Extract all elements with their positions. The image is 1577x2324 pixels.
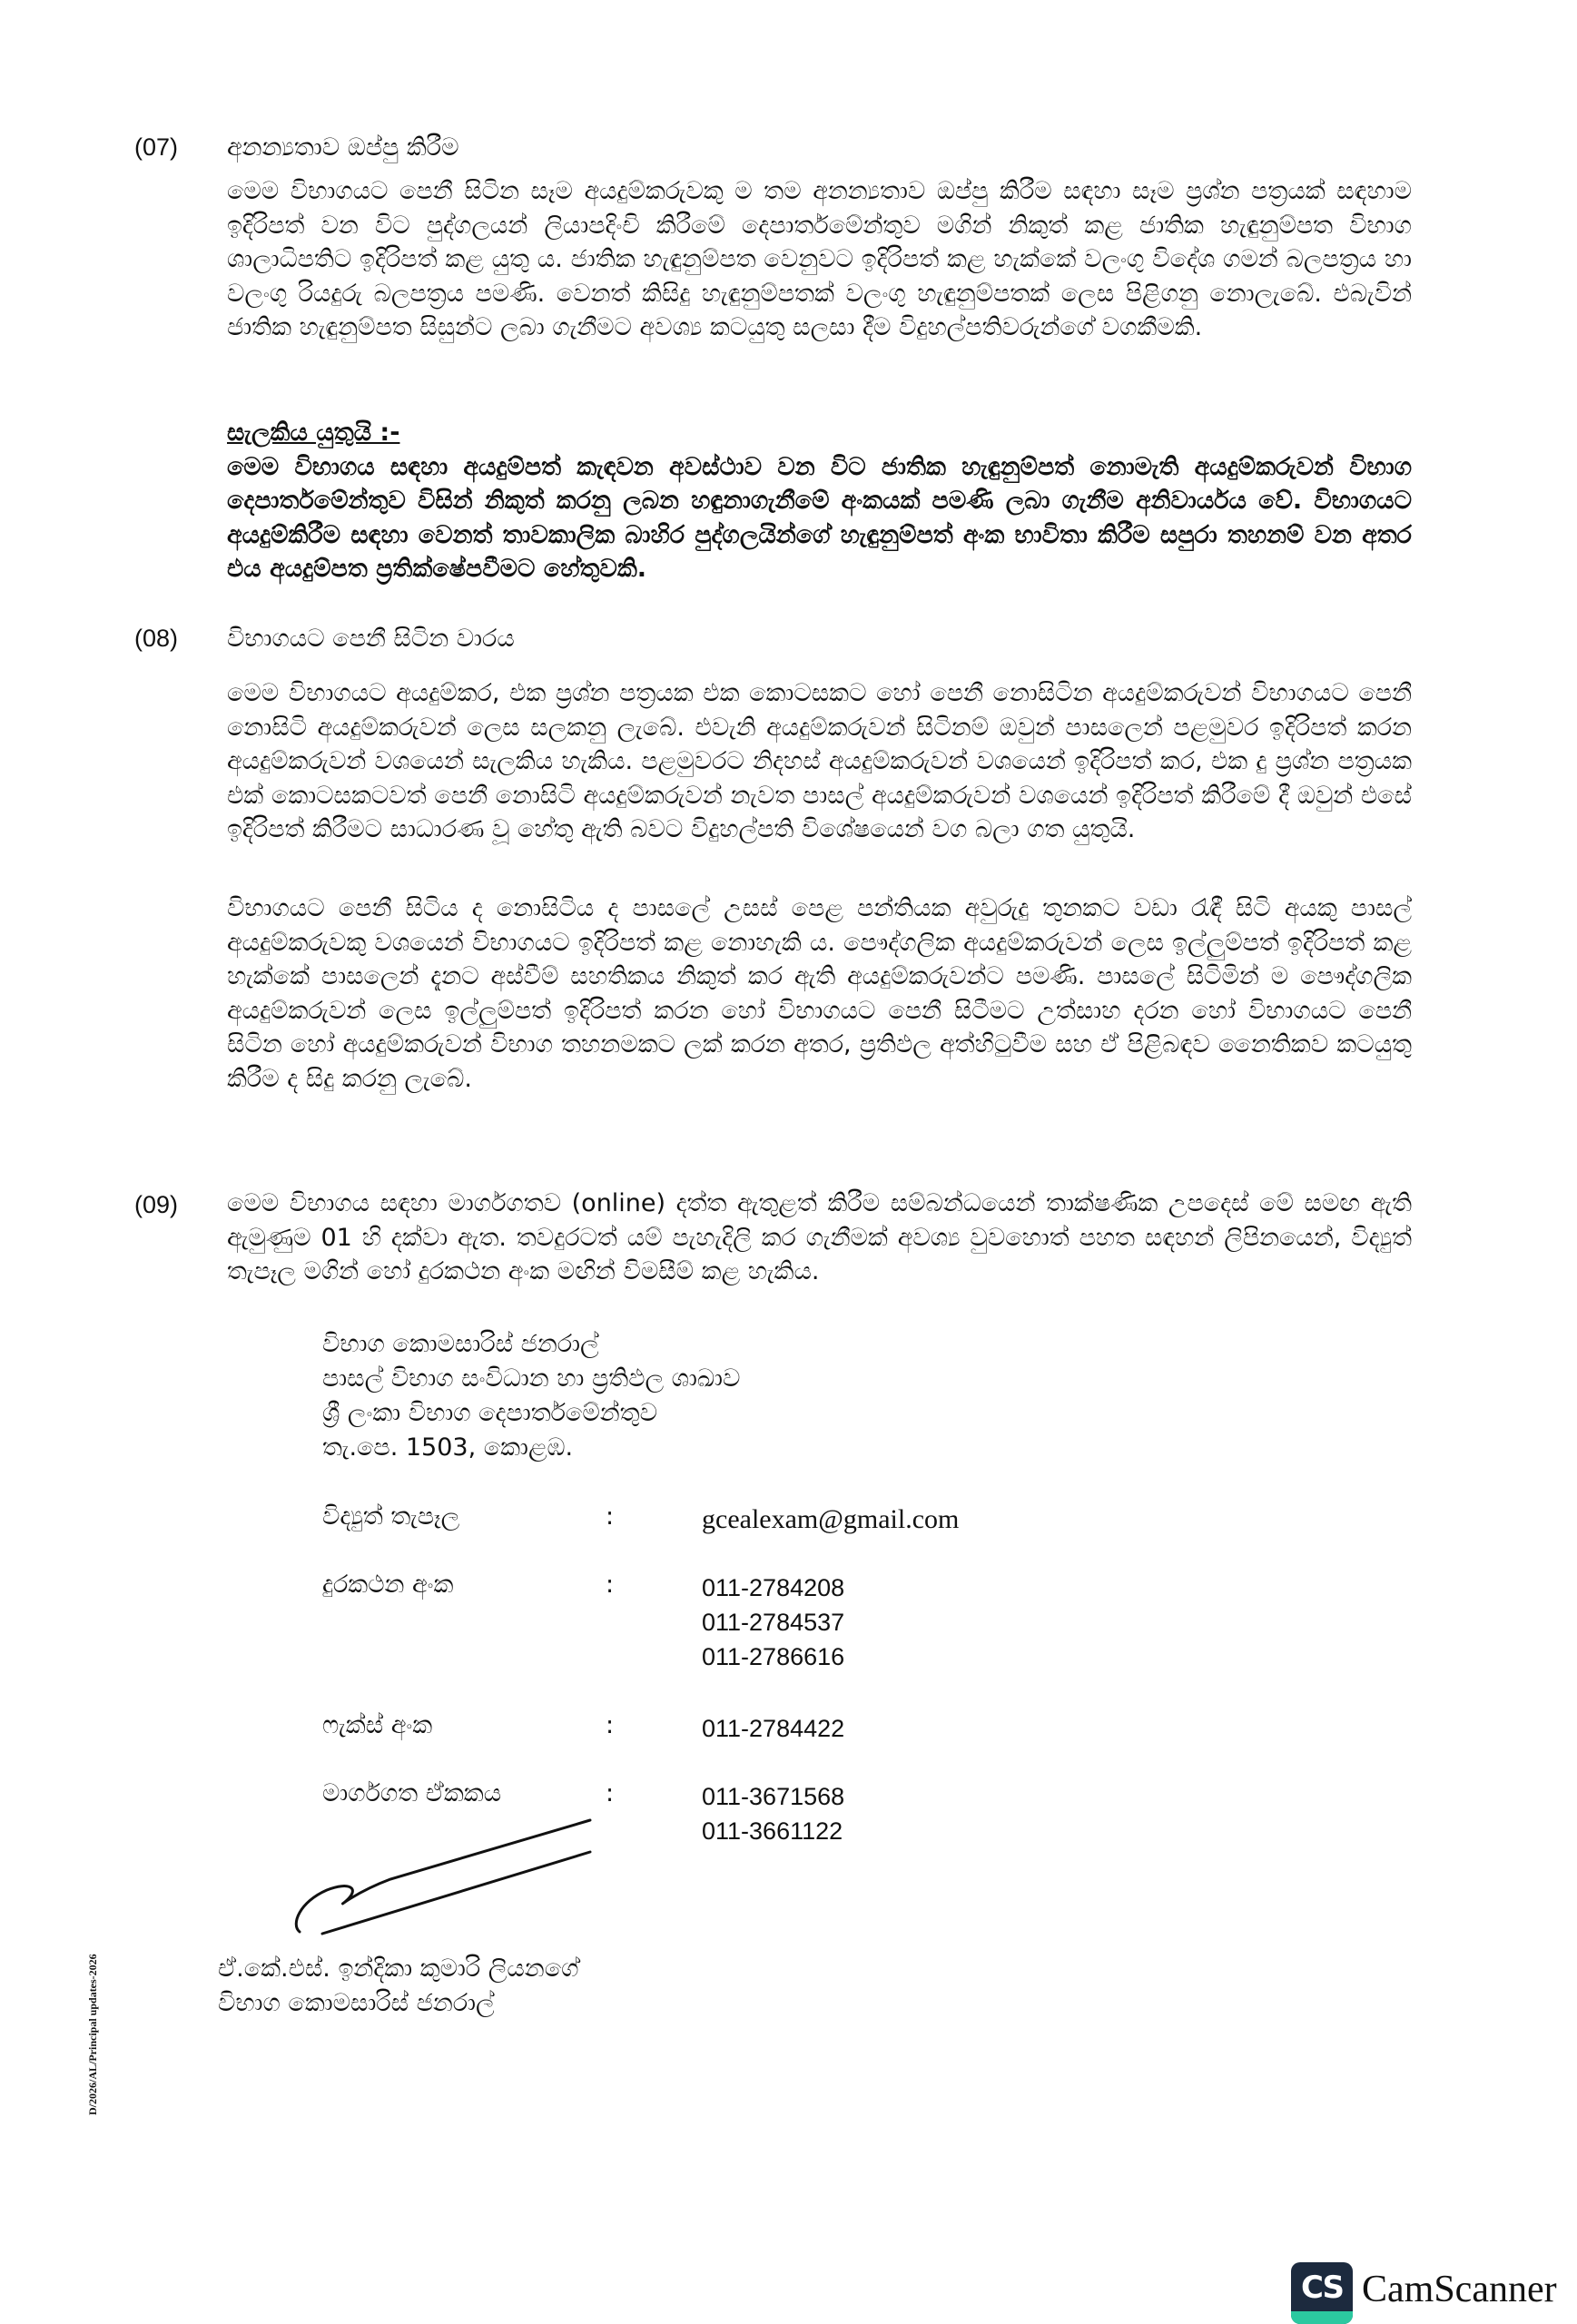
contact-label: දුරකථන අංක bbox=[322, 1571, 453, 1600]
eligibility-paragraph: විභාගයට පෙනී සිටිය ද නොසිටිය ද පාසලේ උසස… bbox=[227, 891, 1412, 1096]
attendance-paragraph: මෙම විභාගයට අයදුම්කර, එක ප්‍රශ්න පත්‍රයක… bbox=[227, 676, 1412, 847]
address-line: විභාග කොමසාරිස් ජනරාල් bbox=[322, 1327, 740, 1362]
camscanner-logo-icon: CS bbox=[1291, 2262, 1353, 2324]
section-number-08: (08) bbox=[134, 625, 178, 653]
section-heading-08: විභාගයට පෙනී සිටින වාරය bbox=[227, 625, 515, 654]
identity-paragraph: මෙම විභාගයට පෙනී සිටින සෑම අයදුම්කරුවකු … bbox=[227, 174, 1412, 345]
camscanner-logo-text: CS bbox=[1291, 2270, 1353, 2306]
fax-list: 011-2784422 bbox=[702, 1711, 844, 1746]
note-block: සැලකිය යුතුයි :- මෙම විභාගය සඳහා අයදුම්ප… bbox=[227, 416, 1412, 586]
section-07-paragraph: මෙම විභාගයට පෙනී සිටින සෑම අයදුම්කරුවකු … bbox=[227, 174, 1412, 345]
section-heading-07: අනන්‍යතාව ඔප්පු කිරීම bbox=[227, 133, 459, 162]
signatory-name: ඒ.කේ.එස්. ඉන්දිකා කුමාරි ලියනගේ bbox=[218, 1952, 578, 1986]
contact-colon: : bbox=[606, 1502, 614, 1531]
note-title: සැලකිය යුතුයි :- bbox=[227, 416, 1412, 450]
online-info-paragraph: මෙම විභාගය සඳහා මාර්ගගතව (online) දත්ත ඇ… bbox=[227, 1187, 1412, 1289]
phone-number: 011-3661122 bbox=[702, 1814, 844, 1848]
signature-image bbox=[291, 1816, 599, 1943]
phone-number: 011-2784537 bbox=[702, 1605, 844, 1640]
section-09-paragraph: මෙම විභාගය සඳහා මාර්ගගතව (online) දත්ත ඇ… bbox=[227, 1187, 1412, 1289]
signatory-block: ඒ.කේ.එස්. ඉන්දිකා කුමාරි ලියනගේ විභාග කො… bbox=[218, 1952, 578, 2021]
contact-label: ෆැක්ස් අංක bbox=[322, 1711, 432, 1740]
email-link[interactable]: gcealexam@gmail.com bbox=[702, 1502, 959, 1537]
section-08-paragraph-1: මෙම විභාගයට අයදුම්කර, එක ප්‍රශ්න පත්‍රයක… bbox=[227, 676, 1412, 847]
phone-number: 011-2786616 bbox=[702, 1640, 844, 1674]
address-line: තැ.පෙ. 1503, කොළඹ. bbox=[322, 1431, 740, 1465]
camscanner-watermark: CamScanner bbox=[1362, 2268, 1557, 2311]
contact-label: මාර්ගගත ඒකකය bbox=[322, 1779, 501, 1808]
address-block: විභාග කොමසාරිස් ජනරාල් පාසල් විභාග සංවිධ… bbox=[322, 1327, 740, 1465]
contact-colon: : bbox=[606, 1571, 614, 1599]
phone-number: 011-2784208 bbox=[702, 1571, 844, 1605]
document-page: (07) අනන්‍යතාව ඔප්පු කිරීම මෙම විභාගයට ප… bbox=[0, 0, 1577, 2324]
note-text: මෙම විභාගය සඳහා අයදුම්පත් කැඳවන අවස්ථාව … bbox=[227, 450, 1412, 586]
section-number-07: (07) bbox=[134, 133, 178, 162]
phone-list: 011-2784208 011-2784537 011-2786616 bbox=[702, 1571, 844, 1674]
document-reference: D/2026/AL/Principal updates-2026 bbox=[86, 1954, 100, 2115]
section-number-09: (09) bbox=[134, 1191, 178, 1219]
contact-label: විද්‍යුත් තැපෑල bbox=[322, 1502, 459, 1531]
contact-colon: : bbox=[606, 1711, 614, 1739]
section-08-paragraph-2: විභාගයට පෙනී සිටිය ද නොසිටිය ද පාසලේ උසස… bbox=[227, 891, 1412, 1096]
camscanner-logo-accent bbox=[1291, 2311, 1353, 2324]
email-value[interactable]: gcealexam@gmail.com bbox=[702, 1502, 959, 1537]
address-line: පාසල් විභාග සංවිධාන හා ප්‍රතිඵල ශාඛාව bbox=[322, 1362, 740, 1396]
fax-number: 011-2784422 bbox=[702, 1711, 844, 1746]
online-unit-list: 011-3671568 011-3661122 bbox=[702, 1779, 844, 1848]
signatory-title: විභාග කොමසාරිස් ජනරාල් bbox=[218, 1986, 578, 2021]
contact-colon: : bbox=[606, 1779, 614, 1807]
address-line: ශ්‍රී ලංකා විභාග දෙපාර්තමේන්තුව bbox=[322, 1396, 740, 1431]
phone-number: 011-3671568 bbox=[702, 1779, 844, 1814]
